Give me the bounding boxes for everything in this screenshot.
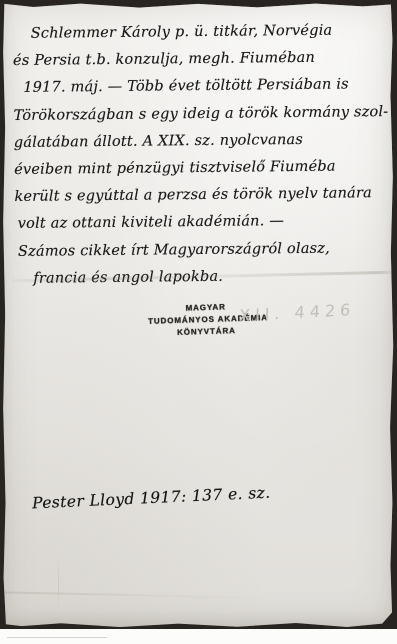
source-citation: Pester Lloyd 1917: 137 e. sz. <box>32 484 271 513</box>
handwriting-line: gálatában állott. A XIX. sz. nyolcvanas <box>14 126 386 157</box>
scanner-margin <box>0 629 397 644</box>
manuscript-page: Schlemmer Károly p. ü. titkár, Norvégia … <box>2 2 394 628</box>
paper-crease <box>2 591 252 598</box>
scanner-margin-line <box>7 637 107 638</box>
handwriting-line: Törökországban s egy ideig a török kormá… <box>13 99 385 130</box>
document-scan: Schlemmer Károly p. ü. titkár, Norvégia … <box>0 0 397 644</box>
handwriting-line: került s egyúttal a perzsa és török nyel… <box>14 180 386 211</box>
handwriting-line: Schlemmer Károly p. ü. titkár, Norvégia <box>13 17 385 48</box>
handwriting-line: Számos cikket írt Magyarországról olasz, <box>15 235 387 266</box>
handwriting-line: és Persia t.b. konzulja, megh. Fiuméban <box>13 44 385 75</box>
handwritten-note: Schlemmer Károly p. ü. titkár, Norvégia … <box>13 17 388 293</box>
handwriting-line: éveiben mint pénzügyi tisztviselő Fiuméb… <box>14 153 386 184</box>
handwriting-line: 1917. máj. — Több évet töltött Persiában… <box>13 71 385 102</box>
paper-crease <box>58 558 59 610</box>
handwriting-line: volt az ottani kiviteli akadémián. — <box>15 207 387 238</box>
